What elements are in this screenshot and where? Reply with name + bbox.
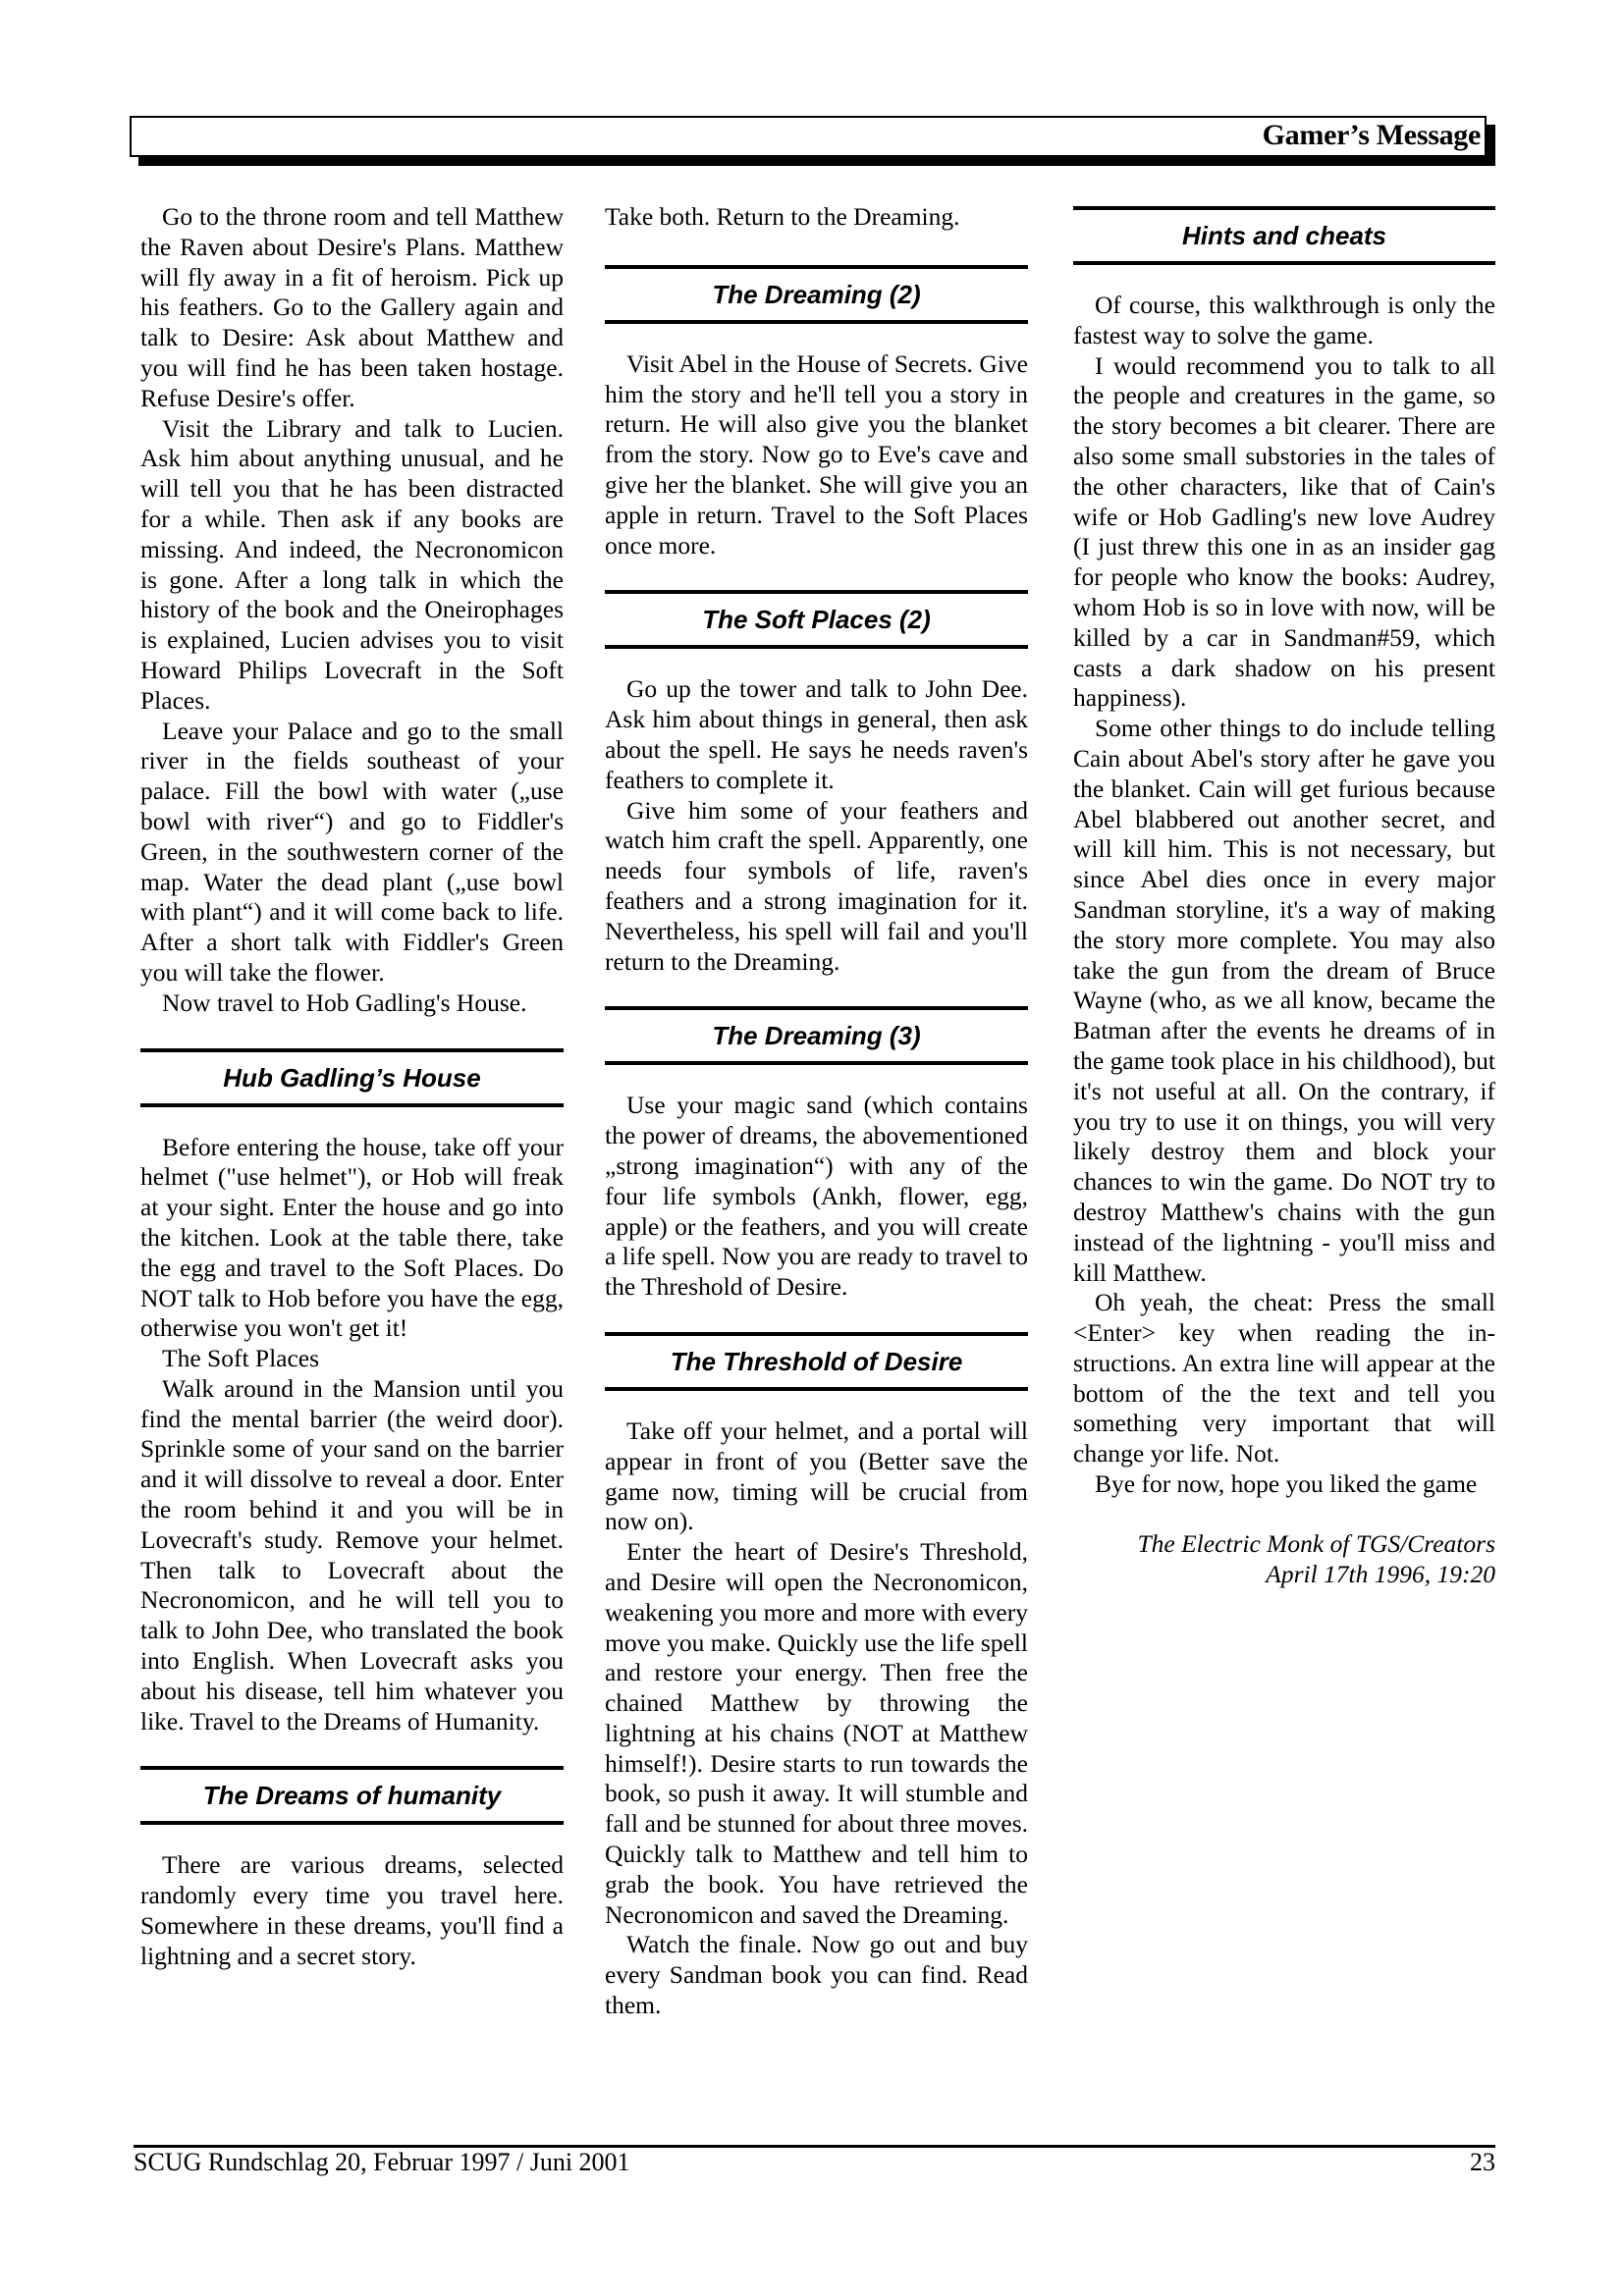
section-heading: Hints and cheats [1073,210,1495,261]
section-dreaming-2: The Dreaming (2) Visit Abel in the House… [605,265,1028,561]
section-hints-and-cheats: Hints and cheats Of course, this walkthr… [1073,206,1495,1500]
footer-page-number: 23 [1470,2147,1495,2178]
paragraph: Go up the tower and talk to John Dee. As… [605,674,1028,795]
section-heading: Hub Gadling’s House [140,1052,564,1103]
paragraph: There are various dreams, selected rando… [140,1850,564,1971]
paragraph: Take both. Return to the Dreaming. [605,202,1028,233]
paragraph: Go to the throne room and tell Matthew t… [140,202,564,414]
section-heading: The Dreams of humanity [140,1770,564,1821]
section-threshold-of-desire: The Threshold of Desire Take off your he… [605,1332,1028,2021]
section-dreams-of-humanity: The Dreams of humanity There are various… [140,1766,564,1971]
paragraph: Take off your helmet, and a portal will … [605,1416,1028,1537]
paragraph: The Soft Places [140,1344,564,1374]
section-heading: The Dreaming (2) [605,269,1028,320]
section-hub-gadlings-house: Hub Gadling’s House Before entering the … [140,1048,564,1737]
column-3: Hints and cheats Of course, this walkthr… [1073,206,1495,1589]
signature-date: April 17th 1996, 19:20 [1073,1560,1495,1590]
section-heading: The Soft Places (2) [605,594,1028,645]
paragraph: Some other things to do include telling … [1073,714,1495,1288]
paragraph: Bye for now, hope you liked the game [1073,1469,1495,1500]
paragraph: Give him some of your feathers and watch… [605,796,1028,978]
paragraph: Use your magic sand (which con­tains the… [605,1091,1028,1303]
paragraph: I would recommend you to talk to all the… [1073,351,1495,715]
section-soft-places-2: The Soft Places (2) Go up the tower and … [605,590,1028,977]
section-heading: The Dreaming (3) [605,1010,1028,1061]
paragraph: Enter the heart of Desire's Thres­hold, … [605,1537,1028,1930]
paragraph: Before entering the house, take off your… [140,1133,564,1345]
paragraph: Visit the Library and talk to Lucien. As… [140,414,564,717]
paragraph: Of course, this walkthrough is only the … [1073,291,1495,351]
paragraph: Oh yeah, the cheat: Press the small <Ent… [1073,1288,1495,1469]
paragraph: Now travel to Hob Gadling's House. [140,988,564,1019]
paragraph: Visit Abel in the House of Secrets. Give… [605,349,1028,561]
section-heading: The Threshold of Desire [605,1336,1028,1387]
paragraph: Walk around in the Mansion until you fin… [140,1374,564,1737]
page-header-box: Gamer’s Message [130,116,1487,157]
section-dreaming-3: The Dreaming (3) Use your magic sand (wh… [605,1006,1028,1303]
page-header-title: Gamer’s Message [1263,117,1481,154]
footer-publication: SCUG Rundschlag 20, Februar 1997 / Juni … [134,2147,630,2178]
signature-author: The Electric Monk of TGS/Creators [1073,1529,1495,1560]
paragraph: Leave your Palace and go to the small ri… [140,717,564,988]
column-2: Take both. Return to the Dreaming. The D… [605,202,1028,2021]
column-1: Go to the throne room and tell Matthew t… [140,202,564,1972]
paragraph: Watch the finale. Now go out and buy eve… [605,1930,1028,2020]
